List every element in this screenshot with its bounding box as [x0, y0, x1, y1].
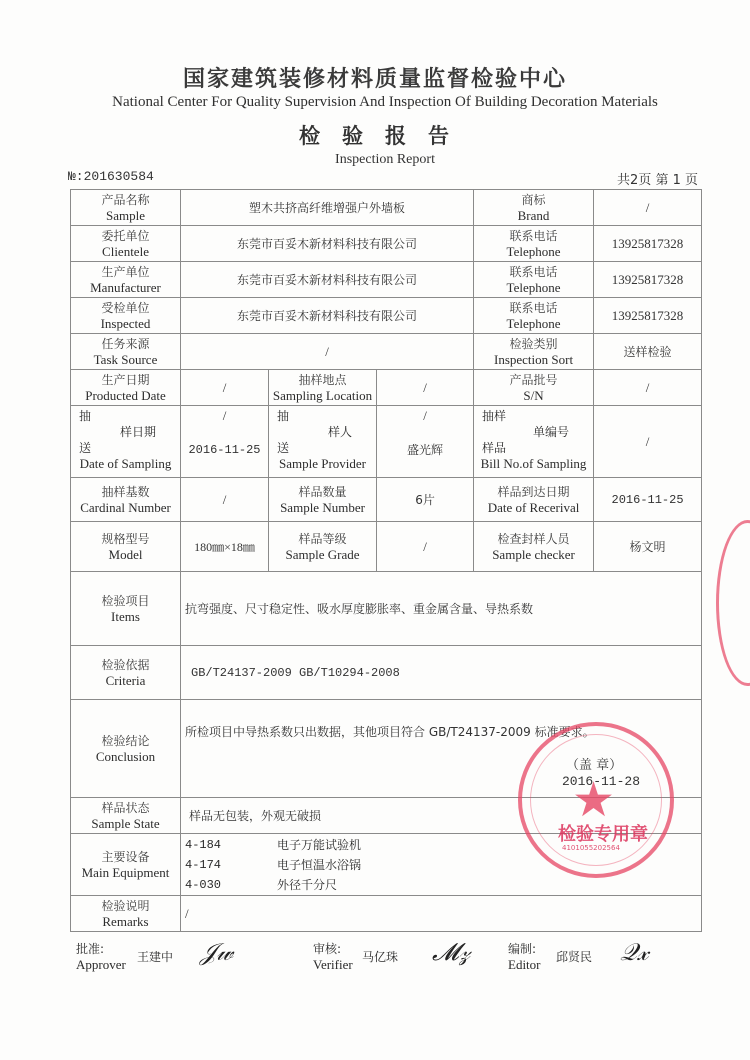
role-cn: 编制:	[508, 940, 541, 957]
report-title-en: Inspection Report	[0, 152, 750, 168]
label-cn: 产品批号	[474, 372, 593, 388]
task-source-value: /	[181, 334, 474, 370]
seal-date: 2016-11-28	[562, 774, 640, 789]
label-cn: 检验类别	[474, 336, 593, 352]
editor-signature: 𝒬𝓍	[620, 938, 649, 966]
row-inspected: 受检单位Inspected 东莞市百妥木新材料科技有限公司 联系电话Teleph…	[71, 298, 702, 334]
label-en: Brand	[474, 208, 593, 224]
label-en: Remarks	[71, 914, 180, 930]
label-en: Conclusion	[71, 749, 180, 765]
label-en: Main Equipment	[71, 865, 180, 881]
seal-bottom-text: 检验专用章	[558, 820, 648, 846]
row-produced-date: 生产日期Producted Date / 抽样地点Sampling Locati…	[71, 370, 702, 406]
label-en: Task Source	[71, 352, 180, 368]
label-en: Inspection Sort	[474, 352, 593, 368]
label-cn-part: 送	[71, 440, 180, 456]
label-cn: 样品数量	[269, 484, 376, 500]
row-task-source: 任务来源Task Source / 检验类别Inspection Sort 送样…	[71, 334, 702, 370]
label-en: Criteria	[71, 673, 180, 689]
report-number: №:201630584	[68, 169, 154, 184]
row-items: 检验项目Items 抗弯强度、尺寸稳定性、吸水厚度膨胀率、重金属含量、导热系数	[71, 572, 702, 646]
inspected-value: 东莞市百妥木新材料科技有限公司	[181, 298, 474, 334]
page-indicator: 共2页 第 1 页	[617, 169, 698, 188]
label-cn-part: 样品	[474, 440, 593, 456]
row-sampling-date: 抽 样日期 送 Date of Sampling / 2016-11-25 抽 …	[71, 406, 702, 478]
label-cn: 受检单位	[71, 300, 180, 316]
label-en: Sample Provider	[269, 456, 376, 472]
label-cn: 联系电话	[474, 228, 593, 244]
label-en: Telephone	[474, 244, 593, 260]
label-cn-part: 送	[269, 440, 376, 456]
label-cn: 检验结论	[71, 733, 180, 749]
row-model: 规格型号Model 180㎜×18㎜ 样品等级Sample Grade / 检查…	[71, 522, 702, 572]
sample-number-value: 6片	[377, 478, 474, 522]
row-remarks: 检验说明Remarks /	[71, 896, 702, 932]
cardinal-value: /	[181, 478, 269, 522]
label-en: Clientele	[71, 244, 180, 260]
sampling-date-value: 2016-11-25	[181, 442, 268, 458]
label-cn-part: 抽	[269, 408, 376, 424]
receival-date-value: 2016-11-25	[594, 478, 702, 522]
label-cn: 检验依据	[71, 657, 180, 673]
label-en: Items	[71, 609, 180, 625]
grade-value: /	[377, 522, 474, 572]
label-cn-part: 样人	[269, 424, 376, 440]
model-value: 180㎜×18㎜	[181, 522, 269, 572]
row-manufacturer: 生产单位Manufacturer 东莞市百妥木新材料科技有限公司 联系电话Tel…	[71, 262, 702, 298]
bill-no-value: /	[594, 406, 702, 478]
equipment-name: 电子恒温水浴锅	[277, 857, 361, 873]
label-cn: 任务来源	[71, 336, 180, 352]
remarks-value: /	[181, 896, 702, 932]
label-en: Telephone	[474, 316, 593, 332]
label-cn-part: 样日期	[71, 424, 180, 440]
org-name-en: National Center For Quality Supervision …	[0, 94, 750, 111]
sample-provider-value: 盛光辉	[377, 442, 473, 458]
label-cn-part: 单编号	[474, 424, 593, 440]
label-en: Sample	[71, 208, 180, 224]
label-cn: 检验说明	[71, 898, 180, 914]
official-seal: ★ （盖 章） 2016-11-28 检验专用章 4101055202564	[518, 722, 674, 878]
verifier-signature: 𝓜𝓏	[432, 938, 470, 966]
label-cn: 联系电话	[474, 264, 593, 280]
row-criteria: 检验依据Criteria GB/T24137-2009 GB/T10294-20…	[71, 646, 702, 700]
label-en: Inspected	[71, 316, 180, 332]
label-en: Cardinal Number	[71, 500, 180, 516]
label-cn: 抽样地点	[269, 372, 376, 388]
row-cardinal: 抽样基数Cardinal Number / 样品数量Sample Number …	[71, 478, 702, 522]
label-cn: 样品到达日期	[474, 484, 593, 500]
label-en: Sample State	[71, 816, 180, 832]
label-en: Model	[71, 547, 180, 563]
row-sample: 产品名称Sample 塑木共挤高纤维增强户外墙板 商标Brand /	[71, 190, 702, 226]
label-en: Sample Grade	[269, 547, 376, 563]
editor-role: 编制: Editor	[508, 940, 541, 973]
seal-code: 4101055202564	[562, 844, 620, 852]
label-en: Sample checker	[474, 547, 593, 563]
label-cn: 委托单位	[71, 228, 180, 244]
edge-seal-fragment	[716, 520, 750, 686]
brand-value: /	[594, 190, 702, 226]
row-clientele: 委托单位Clientele 东莞市百妥木新材料科技有限公司 联系电话Teleph…	[71, 226, 702, 262]
produced-date-value: /	[181, 370, 269, 406]
label-en: S/N	[474, 388, 593, 404]
label-en: Bill No.of Sampling	[474, 456, 593, 472]
manufacturer-telephone: 13925817328	[594, 262, 702, 298]
label-en: Sampling Location	[269, 388, 376, 404]
clientele-telephone: 13925817328	[594, 226, 702, 262]
label-cn: 主要设备	[71, 849, 180, 865]
label-cn: 样品状态	[71, 800, 180, 816]
role-en: Editor	[508, 957, 541, 973]
role-cn: 审核:	[313, 940, 353, 957]
sn-value: /	[594, 370, 702, 406]
equipment-item: 4-030外径千分尺	[185, 875, 701, 895]
verifier-name: 马亿珠	[362, 948, 398, 965]
inspected-telephone: 13925817328	[594, 298, 702, 334]
org-name-cn: 国家建筑装修材料质量监督检验中心	[0, 62, 750, 93]
label-cn: 样品等级	[269, 531, 376, 547]
value-top: /	[181, 408, 268, 424]
label-cn: 检查封样人员	[474, 531, 593, 547]
inspection-sort-value: 送样检验	[594, 334, 702, 370]
manufacturer-value: 东莞市百妥木新材料科技有限公司	[181, 262, 474, 298]
value-top: /	[377, 408, 473, 424]
label-cn: 生产单位	[71, 264, 180, 280]
label-en: Telephone	[474, 280, 593, 296]
label-cn: 检验项目	[71, 593, 180, 609]
sampling-location-value: /	[377, 370, 474, 406]
role-en: Approver	[76, 957, 126, 973]
sample-value: 塑木共挤高纤维增强户外墙板	[181, 190, 474, 226]
label-cn-part: 抽样	[474, 408, 593, 424]
label-cn: 生产日期	[71, 372, 180, 388]
role-cn: 批准:	[76, 940, 126, 957]
approver-role: 批准: Approver	[76, 940, 126, 973]
label-cn: 联系电话	[474, 300, 593, 316]
criteria-value: GB/T24137-2009 GB/T10294-2008	[181, 646, 702, 700]
role-en: Verifier	[313, 957, 353, 973]
equipment-code: 4-174	[185, 857, 277, 873]
editor-name: 邱贤民	[556, 948, 592, 965]
label-en: Manufacturer	[71, 280, 180, 296]
items-value: 抗弯强度、尺寸稳定性、吸水厚度膨胀率、重金属含量、导热系数	[181, 572, 702, 646]
equipment-code: 4-030	[185, 877, 277, 893]
label-en: Producted Date	[71, 388, 180, 404]
label-en: Date of Recerival	[474, 500, 593, 516]
report-title-cn: 检验报告	[0, 120, 750, 150]
equipment-name: 电子万能试验机	[277, 837, 361, 853]
label-en: Date of Sampling	[71, 456, 180, 472]
label-cn: 抽样基数	[71, 484, 180, 500]
approver-name: 王建中	[137, 948, 173, 965]
label-cn: 产品名称	[71, 192, 180, 208]
approver-signature: 𝒥𝓌	[200, 938, 233, 966]
verifier-role: 审核: Verifier	[313, 940, 353, 973]
clientele-value: 东莞市百妥木新材料科技有限公司	[181, 226, 474, 262]
equipment-name: 外径千分尺	[277, 877, 337, 893]
sample-checker-value: 杨文明	[594, 522, 702, 572]
label-cn-part: 抽	[71, 408, 180, 424]
label-cn: 商标	[474, 192, 593, 208]
label-cn: 规格型号	[71, 531, 180, 547]
seal-label: （盖 章）	[566, 754, 622, 773]
equipment-code: 4-184	[185, 837, 277, 853]
label-en: Sample Number	[269, 500, 376, 516]
